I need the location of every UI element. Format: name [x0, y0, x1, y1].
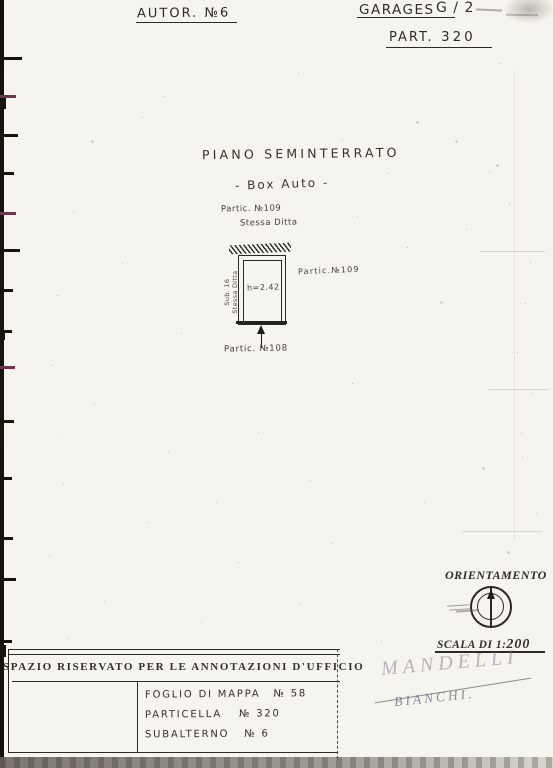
edge-tick: [0, 212, 16, 215]
scan-edge-blob: [0, 645, 6, 657]
plan-subtitle: - Box Auto -: [235, 175, 330, 192]
orientation-title: ORIENTAMENTO: [445, 568, 547, 583]
edge-tick: [0, 477, 12, 480]
annot-row-label: FOGLIO DI MAPPA: [145, 689, 261, 701]
garages-label: GARAGES: [359, 2, 435, 18]
edge-tick: [0, 640, 12, 643]
edge-tick: [0, 330, 12, 333]
autor-underline: [136, 22, 237, 23]
annot-row-subalterno: SUBALTERNO № 6: [145, 729, 270, 741]
scan-bottom-band: [0, 757, 553, 768]
room-side-label: Sub. 16 Stessa Ditta: [223, 255, 239, 329]
scan-bottom-band-texture: [0, 757, 553, 768]
edge-tick: [0, 249, 20, 252]
part-underline: [386, 47, 492, 49]
autor-label: AUTOR. №6: [137, 6, 230, 22]
partic-above-line2: Stessa Ditta: [240, 217, 298, 228]
side-label-line1: Sub. 16: [223, 255, 231, 329]
annot-divider-line: [137, 681, 138, 752]
plan-title: PIANO SEMINTERRATO: [202, 145, 400, 162]
edge-tick: [0, 578, 16, 581]
handwritten-name-2: BIANCHI.: [393, 686, 475, 710]
annot-row-foglio: FOGLIO DI MAPPA № 58: [145, 688, 307, 700]
annot-row-number: № 58: [273, 688, 307, 699]
side-label-line2: Stessa Ditta: [231, 255, 239, 329]
partic-above-line1: Partic. №109: [221, 203, 281, 214]
annot-mid-line: [12, 681, 340, 682]
garages-value: G / 2: [436, 0, 474, 16]
part-label: PART.: [389, 30, 434, 45]
fold-mark: [462, 531, 542, 532]
compass-scribble: [447, 604, 469, 607]
fold-mark: [489, 389, 549, 390]
annot-row-label: SUBALTERNO: [145, 729, 229, 741]
eraser-dash: [476, 9, 502, 11]
annot-row-label: PARTICELLA: [145, 709, 222, 721]
annot-row-number: № 320: [239, 708, 281, 719]
partic-right-label: Partic.№109: [298, 265, 360, 277]
partic-below-label: Partic. №108: [224, 343, 288, 354]
annot-top-line-1: [8, 649, 340, 650]
corner-smudge: [503, 0, 553, 24]
edge-tick: [0, 95, 16, 98]
room-bottom-wall: [236, 321, 287, 324]
garages-underline: [357, 17, 455, 18]
wall-hatching: [229, 243, 291, 255]
annot-row-number: № 6: [244, 729, 269, 740]
annot-title: SPAZIO RISERVATO PER LE ANNOTAZIONI D'UF…: [3, 661, 364, 673]
edge-tick: [0, 537, 13, 540]
room-height-label: h=2.42: [247, 282, 280, 292]
edge-tick: [0, 366, 15, 369]
handwritten-name-1: MANDELLI: [380, 646, 519, 681]
annot-top-line-2: [8, 654, 340, 655]
scanned-cadastral-plan: AUTOR. №6 GARAGES G / 2 PART. 320 PIANO …: [0, 0, 553, 768]
edge-tick: [0, 57, 22, 60]
edge-tick: [0, 134, 18, 137]
north-compass-icon: [470, 586, 512, 628]
fold-line: [514, 70, 515, 540]
annot-bottom-line: [8, 752, 338, 753]
edge-tick: [0, 172, 14, 175]
edge-tick: [0, 420, 14, 423]
part-value: 320: [441, 29, 476, 45]
edge-tick: [0, 289, 13, 292]
annot-row-particella: PARTICELLA № 320: [145, 708, 281, 720]
annot-right-dashed-line: [337, 649, 338, 759]
compass-needle-head: [487, 589, 495, 599]
fold-mark: [480, 251, 545, 252]
